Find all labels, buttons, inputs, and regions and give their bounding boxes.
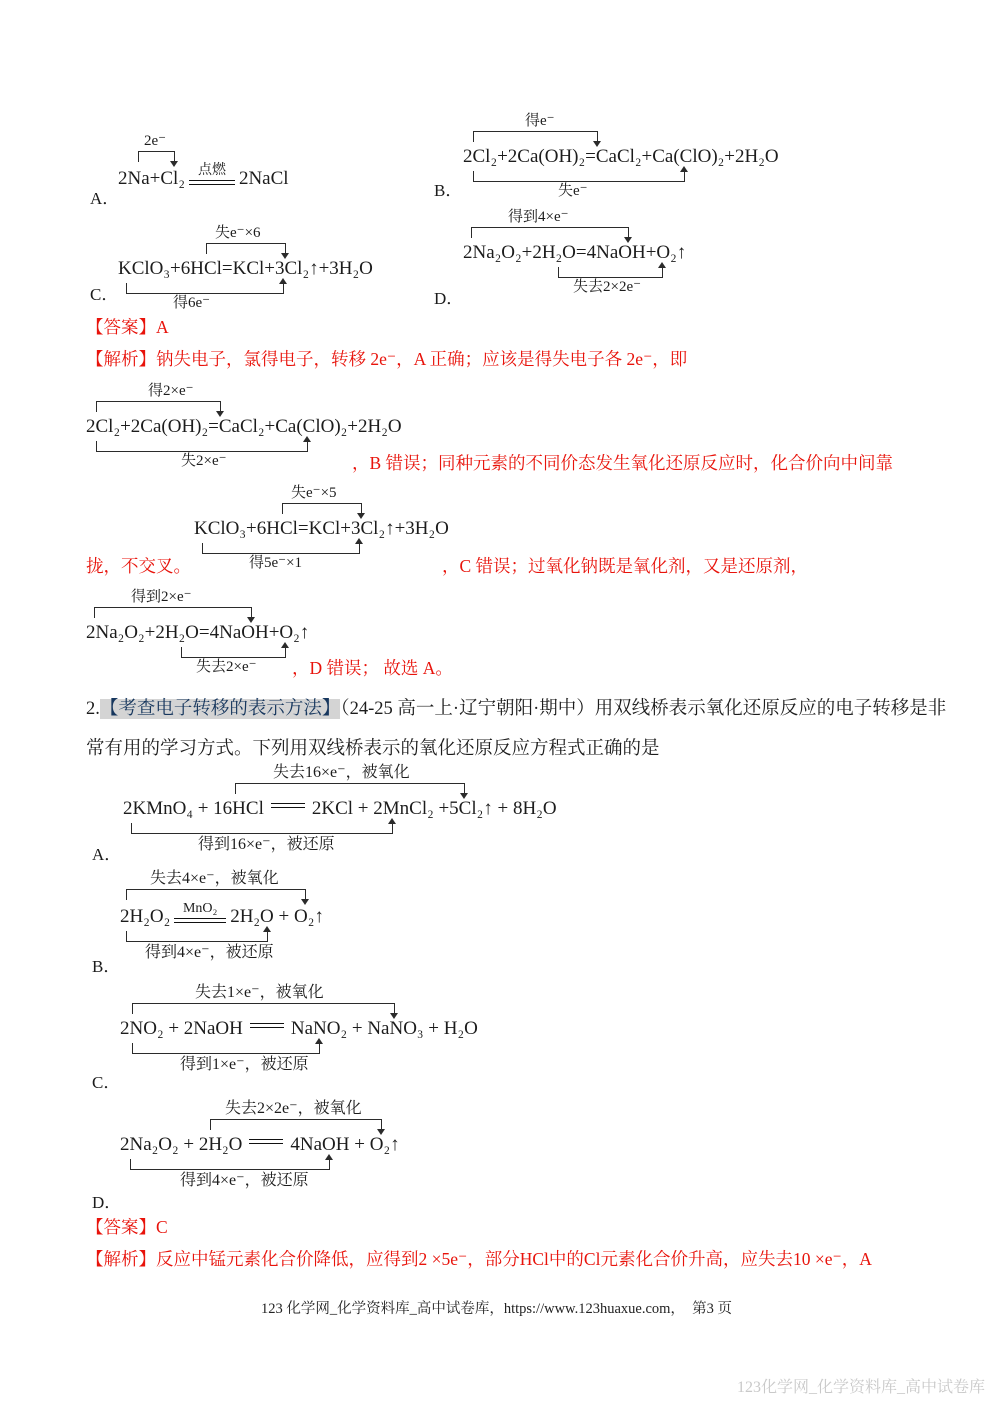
chemical-equation: 2H₂O₂MnO₂2H₂O + O₂↑	[120, 901, 324, 930]
double-line-equals	[189, 180, 235, 185]
question-number: 2.	[86, 699, 100, 719]
gain-electron-label: 得2×e⁻	[148, 382, 402, 401]
chemical-equation: 2Cl₂+2Ca(OH)₂=CaCl₂+Ca(ClO)₂+2H₂O	[86, 413, 402, 440]
chemical-equation: 2Na₂O₂+2H₂O=4NaOH+O₂↑	[463, 239, 686, 266]
equals-with-condition: 点燃	[189, 163, 235, 192]
answer-tag: 【答案】	[86, 317, 156, 337]
lose-electron-label: 失e⁻×6	[215, 224, 373, 243]
equation-left: 2Na+Cl₂	[118, 168, 185, 189]
lose-electron-label: 失e⁻	[558, 182, 779, 201]
q1-answer-line: 【答案】A	[86, 314, 169, 339]
chemical-equation: 2KMnO₄ + 16HCl2KCl + 2MnCl₂ +5Cl₂↑ + 8H₂…	[123, 795, 557, 822]
answer-value: C	[156, 1217, 168, 1237]
q1-option-letter-c: C．	[90, 280, 118, 305]
q1-option-b-diagram: 得e⁻ 2Cl₂+2Ca(OH)₂=CaCl₂+Ca(ClO)₂+2H₂O 失e…	[463, 112, 779, 201]
q2-option-letter-b: B．	[92, 952, 120, 977]
electron-bridge-top	[282, 503, 362, 514]
electron-bridge-top	[126, 889, 306, 900]
q1-analysis-b-text: ，B 错误；同种元素的不同价态发生氧化还原反应时，化合价向中间靠	[352, 450, 893, 475]
lose-electron-label: 失e⁻×5	[291, 484, 449, 503]
double-line-equals	[249, 1139, 283, 1144]
q2-stem-line-1: 2.【考查电子转移的表示方法】（24-25 高一上·辽宁朝阳·期中）用双线桥表示…	[86, 694, 946, 720]
electron-bridge-bottom	[558, 267, 663, 278]
site-watermark: 123化学网_化学资料库_高中试卷库	[737, 1374, 985, 1397]
q1-option-letter-a: A．	[90, 184, 119, 209]
ignite-condition-label: 点燃	[198, 163, 226, 179]
analysis-text: 反应中锰元素化合价降低，应得到2 ×5e⁻，部分HCl中的Cl元素化合价升高，应…	[156, 1249, 872, 1269]
electron-bridge-top	[132, 1003, 395, 1014]
equation-left: 2Na₂O₂ + 2H₂O	[120, 1134, 242, 1155]
page-footer: 123 化学网_化学资料库_高中试卷库，https://www.123huaxu…	[0, 1297, 993, 1318]
gain-electron-label: 得6e⁻	[173, 294, 373, 313]
exam-point-tag: 【考查电子转移的表示方法】	[100, 699, 341, 719]
equation-right: 2KCl + 2MnCl₂ +5Cl₂↑ + 8H₂O	[312, 798, 557, 819]
lose-electron-label: 失去2×2e⁻	[573, 278, 686, 297]
q1-option-a-diagram: 2e⁻ 2Na+Cl₂点燃2NaCl	[118, 132, 289, 193]
electron-bridge-top	[471, 227, 629, 238]
gain-electron-label: 得到4×e⁻，被还原	[180, 1170, 400, 1191]
lose-electron-label: 失去2×2e⁻，被氧化	[225, 1098, 400, 1119]
chemical-equation: 2Na₂O₂+2H₂O=4NaOH+O₂↑	[86, 619, 309, 646]
q1-option-letter-b: B．	[434, 176, 462, 201]
analysis-diagram-d: 得到2×e⁻ 2Na₂O₂+2H₂O=4NaOH+O₂↑ 失去2×e⁻	[86, 588, 309, 677]
gain-electron-label: 得到16×e⁻，被还原	[198, 834, 557, 855]
q2-analysis-line: 【解析】反应中锰元素化合价降低，应得到2 ×5e⁻，部分HCl中的Cl元素化合价…	[86, 1246, 872, 1271]
double-line-equals	[271, 803, 305, 808]
q2-option-c-diagram: 失去1×e⁻，被氧化 2NO₂ + 2NaOHNaNO₂ + NaNO₃ + H…	[120, 982, 478, 1075]
equation-left: 2NO₂ + 2NaOH	[120, 1018, 243, 1039]
electron-bridge-top	[138, 151, 175, 162]
equation-left: 2H₂O₂	[120, 906, 170, 927]
q2-stem-line-2: 常有用的学习方式。下列用双线桥表示的氧化还原反应方程式正确的是	[86, 734, 660, 760]
electron-bridge-bottom	[131, 823, 393, 834]
q2-option-letter-c: C．	[92, 1068, 120, 1093]
analysis-text: 钠失电子，氯得电子，转移 2e⁻，A 正确；应该是得失电子各 2e⁻，即	[156, 349, 687, 369]
q1-analysis-cont-text: 拢，不交叉。	[86, 553, 191, 578]
electron-count-label: 2e⁻	[144, 132, 289, 151]
equation-right: 2H₂O + O₂↑	[230, 906, 324, 927]
q2-option-a-diagram: 失去16×e⁻，被氧化 2KMnO₄ + 16HCl2KCl + 2MnCl₂ …	[123, 762, 557, 855]
chemical-equation: 2Na+Cl₂点燃2NaCl	[118, 163, 289, 192]
q1-option-letter-d: D．	[434, 284, 463, 309]
q1-option-d-diagram: 得到4×e⁻ 2Na₂O₂+2H₂O=4NaOH+O₂↑ 失去2×2e⁻	[463, 208, 686, 297]
q1-analysis-line-1: 【解析】钠失电子，氯得电子，转移 2e⁻，A 正确；应该是得失电子各 2e⁻，即	[86, 346, 687, 371]
electron-bridge-top	[206, 243, 286, 254]
electron-bridge-bottom	[126, 931, 268, 942]
worksheet-page: A． 2e⁻ 2Na+Cl₂点燃2NaCl B． 得e⁻ 2Cl₂+2Ca(OH…	[0, 0, 993, 1404]
lose-electron-label: 失去16×e⁻，被氧化	[273, 762, 557, 783]
q2-option-letter-d: D．	[92, 1188, 121, 1213]
equation-left: 2KMnO₄ + 16HCl	[123, 798, 264, 819]
q2-option-letter-a: A．	[92, 840, 121, 865]
chemical-equation: 2NO₂ + 2NaOHNaNO₂ + NaNO₃ + H₂O	[120, 1015, 478, 1042]
equation-right: 4NaOH + O₂↑	[290, 1134, 399, 1155]
lose-electron-label: 失去1×e⁻，被氧化	[195, 982, 478, 1003]
electron-bridge-top	[473, 131, 598, 142]
gain-electron-label: 得到1×e⁻，被还原	[180, 1054, 478, 1075]
equation-right: 2NaCl	[239, 168, 289, 189]
gain-electron-label: 得到4×e⁻	[508, 208, 686, 227]
answer-tag: 【答案】	[86, 1217, 156, 1237]
q1-option-c-diagram: 失e⁻×6 KClO₃+6HCl=KCl+3Cl₂↑+3H₂O 得6e⁻	[118, 224, 373, 313]
catalyst-label: MnO₂	[183, 901, 217, 917]
electron-bridge-bottom	[473, 171, 685, 182]
chemical-equation: 2Na₂O₂ + 2H₂O4NaOH + O₂↑	[120, 1131, 400, 1158]
q1-analysis-d-text: ，D 错误； 故选 A。	[292, 655, 453, 680]
electron-bridge-bottom	[96, 441, 308, 452]
q1-analysis-c-text: ，C 错误；过氧化钠既是氧化剂，又是还原剂，	[442, 553, 808, 578]
chemical-equation: 2Cl₂+2Ca(OH)₂=CaCl₂+Ca(ClO)₂+2H₂O	[463, 143, 779, 170]
electron-bridge-bottom	[132, 1043, 320, 1054]
electron-bridge-bottom	[202, 543, 360, 554]
equals-with-catalyst: MnO₂	[174, 901, 226, 930]
gain-electron-label: 得5e⁻×1	[249, 554, 449, 573]
gain-electron-label: 得e⁻	[525, 112, 779, 131]
double-line-equals	[250, 1023, 284, 1028]
equation-right: NaNO₂ + NaNO₃ + H₂O	[291, 1018, 478, 1039]
answer-value: A	[156, 317, 169, 337]
electron-bridge-top	[96, 401, 221, 412]
q2-option-d-diagram: 失去2×2e⁻，被氧化 2Na₂O₂ + 2H₂O4NaOH + O₂↑ 得到4…	[120, 1098, 400, 1191]
electron-bridge-bottom	[126, 283, 284, 294]
analysis-tag: 【解析】	[86, 349, 156, 369]
stem-text: （24-25 高一上·辽宁朝阳·期中）用双线桥表示氧化还原反应的电子转移是非	[340, 699, 946, 719]
analysis-tag: 【解析】	[86, 1249, 156, 1269]
gain-electron-label: 得到2×e⁻	[131, 588, 309, 607]
chemical-equation: KClO₃+6HCl=KCl+3Cl₂↑+3H₂O	[118, 255, 373, 282]
electron-bridge-top	[94, 607, 252, 618]
double-line-equals	[174, 918, 226, 923]
analysis-diagram-c: 失e⁻×5 KClO₃+6HCl=KCl+3Cl₂↑+3H₂O 得5e⁻×1	[194, 484, 449, 573]
electron-bridge-bottom	[130, 1159, 330, 1170]
gain-electron-label: 得到4×e⁻，被还原	[145, 942, 324, 963]
q2-option-b-diagram: 失去4×e⁻，被氧化 2H₂O₂MnO₂2H₂O + O₂↑ 得到4×e⁻，被还…	[120, 868, 324, 963]
electron-bridge-top	[210, 1119, 382, 1130]
lose-electron-label: 失去4×e⁻，被氧化	[150, 868, 324, 889]
electron-bridge-bottom	[181, 647, 286, 658]
electron-bridge-top	[235, 783, 465, 794]
q2-answer-line: 【答案】C	[86, 1214, 168, 1239]
chemical-equation: KClO₃+6HCl=KCl+3Cl₂↑+3H₂O	[194, 515, 449, 542]
